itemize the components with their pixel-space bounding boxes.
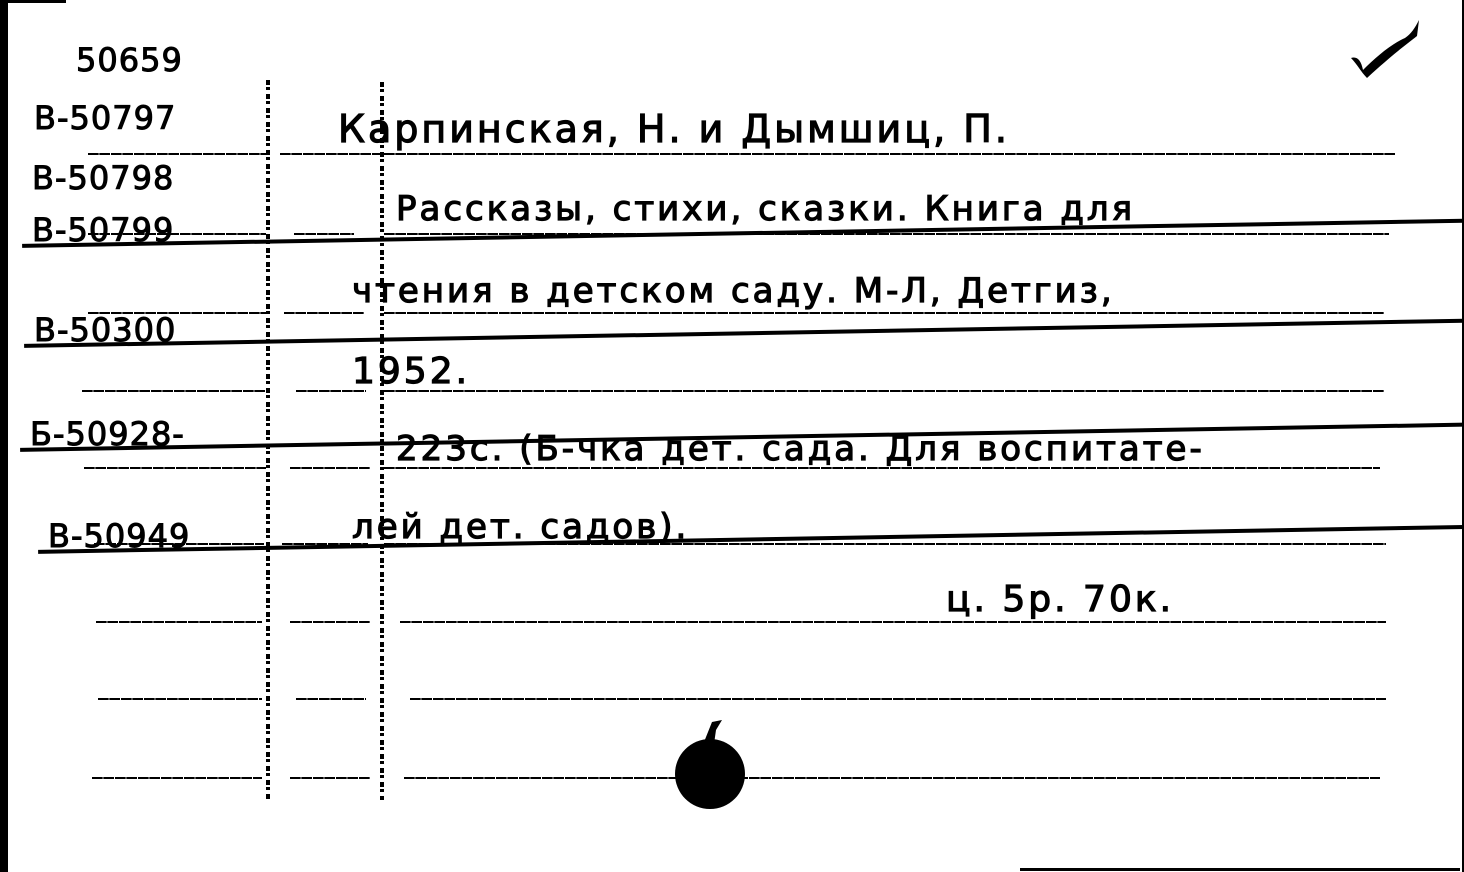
checkmark-icon [1345, 14, 1425, 80]
rule-line [290, 467, 370, 469]
inventory-number: 50659 [76, 44, 183, 76]
rule-line [290, 777, 370, 779]
rule-line [96, 621, 262, 623]
inventory-number: В-50798 [32, 162, 174, 194]
rule-line [84, 467, 266, 469]
rule-line [290, 621, 370, 623]
title-line: чтения в детском саду. М-Л, Детгиз, [352, 274, 1115, 308]
price: ц. 5р. 70к. [946, 582, 1174, 618]
card-bottom-edge [1020, 868, 1460, 871]
rule-line [410, 698, 1386, 700]
rule-line [280, 153, 380, 155]
inventory-number: В-50797 [34, 102, 176, 134]
title-line: Рассказы, стихи, сказки. Книга для [396, 192, 1135, 226]
author-heading: Карпинская, Н. и Дымшиц, П. [338, 110, 1010, 148]
collation-line: 223с. (Б-чка дет. сада. Для воспитате- [396, 432, 1205, 466]
rule-line [296, 698, 366, 700]
card-top-edge [0, 0, 66, 3]
card-left-edge [0, 0, 8, 872]
rule-line [384, 153, 1396, 155]
catalog-card: 50659 В-50797 В-50798 В-50799 В-50300 Б-… [0, 0, 1464, 872]
rule-line [400, 621, 1386, 623]
ink-blot [670, 718, 750, 810]
inventory-number-struck: В-50949 [48, 520, 1464, 552]
rule-line [92, 777, 262, 779]
inventory-number-struck: В-50300 [34, 314, 1464, 346]
rule-line [404, 777, 1380, 779]
rule-line [98, 698, 262, 700]
publication-year: 1952. [352, 354, 470, 390]
rule-line [88, 153, 266, 155]
rule-line [384, 390, 1384, 392]
collation-line: лей дет. садов). [352, 510, 689, 544]
rule-line [82, 390, 266, 392]
